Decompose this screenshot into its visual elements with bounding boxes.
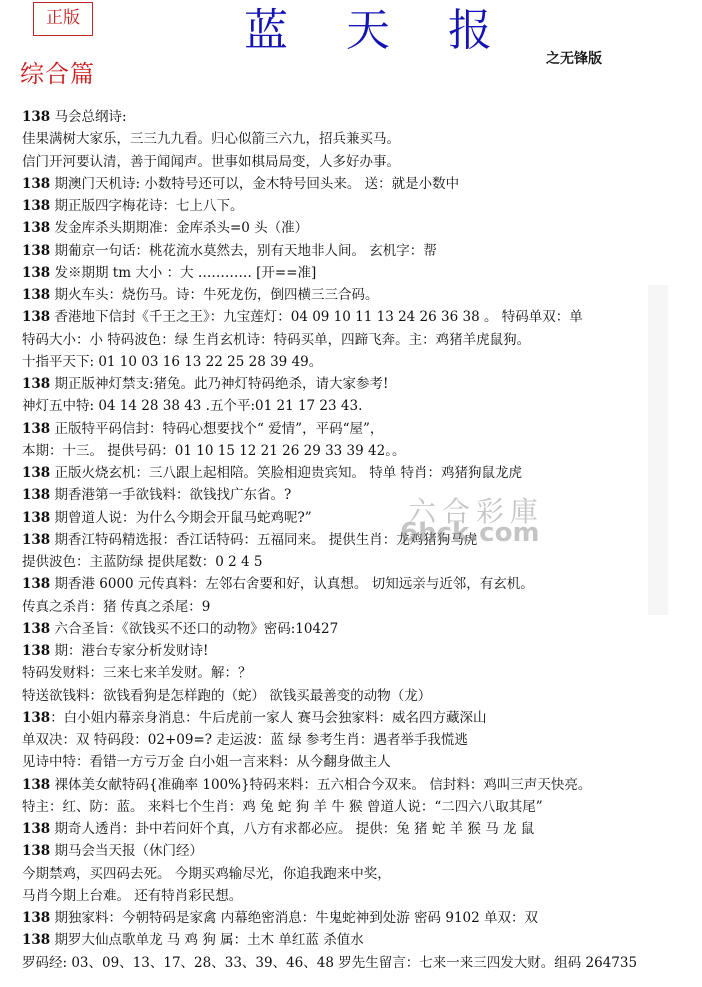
issue-number: 138 xyxy=(22,621,50,637)
text-line: 138 期香港第一手欲钱料：欲钱找广东省。? xyxy=(22,484,702,506)
line-text: 期独家料：今朝特码是家禽 内幕绝密消息：牛鬼蛇神到处游 密码 9102 单双：双 xyxy=(50,910,538,926)
line-text: 单双决：双 特码段：02+09=? 走运波：蓝 绿 参考生肖：遇者举手我慌逃 xyxy=(22,732,468,748)
line-text: 正版特平码信封：特码心想要找个“ 爱情”，平码“屋”， xyxy=(50,421,383,437)
issue-number: 138 xyxy=(22,821,50,837)
line-text: 期正版四字梅花诗：七上八下。 xyxy=(50,198,243,214)
line-text: 提供波色：主蓝防绿 提供尾数：0 2 4 5 xyxy=(22,554,263,570)
text-line: 佳果满树大家乐，三三九九看。归心似箭三六九，招兵兼买马。 xyxy=(22,128,702,150)
issue-number: 138 xyxy=(22,287,50,303)
line-text: 期：港台专家分析发财诗! xyxy=(50,643,208,659)
line-text: 佳果满树大家乐，三三九九看。归心似箭三六九，招兵兼买马。 xyxy=(22,131,400,147)
issue-number: 138 xyxy=(22,576,50,592)
line-text: 马会总纲诗: xyxy=(50,109,126,125)
text-line: 单双决：双 特码段：02+09=? 走运波：蓝 绿 参考生肖：遇者举手我慌逃 xyxy=(22,729,702,751)
line-text: 马肖今期上台难。 还有特肖彩民想。 xyxy=(22,888,242,904)
text-line: 138 马会总纲诗: xyxy=(22,106,702,128)
line-text: 特主：红、防：蓝。 来料七个生肖：鸡 兔 蛇 狗 羊 牛 猴 曾道人说：“二四六… xyxy=(22,799,543,815)
line-text: 神灯五中特: 04 14 28 38 43 .五个平:01 21 17 23 4… xyxy=(22,398,362,414)
text-line: 信门开河要认清，善于闻闻声。世事如棋局局变，人多好办事。 xyxy=(22,151,702,173)
line-text: 期葡京一句话：桃花流水莫然去，别有天地非人间。 玄机字：帮 xyxy=(50,243,437,259)
text-line: 今期禁鸡，买四码去死。 今期买鸡输尽光，你追我跑来中奖， xyxy=(22,863,702,885)
edition-label: 之无锋版 xyxy=(546,48,602,68)
text-line: 本期：十三。 提供号码：01 10 15 12 21 26 29 33 39 4… xyxy=(22,440,702,462)
line-text: 传真之杀肖：猪 传真之杀尾：9 xyxy=(22,599,210,615)
text-line: 138 正版特平码信封：特码心想要找个“ 爱情”，平码“屋”， xyxy=(22,418,702,440)
issue-number: 138 xyxy=(22,376,50,392)
line-text: 期罗大仙点歌单龙 马 鸡 狗 属：土木 单红蓝 杀值水 xyxy=(50,932,364,948)
newspaper-title: 蓝 天 报 xyxy=(244,2,444,60)
text-line: 特码发财料：三来七来羊发财。解：？ xyxy=(22,662,702,684)
line-text: 发※期期 tm 大小 ：大 ………… [开==准] xyxy=(50,265,316,281)
text-line: 138 期正版四字梅花诗：七上八下。 xyxy=(22,195,702,217)
text-line: 138 期正版神灯禁支:猪兔。此乃神灯特码绝杀，请大家参考! xyxy=(22,373,702,395)
text-line: 138 发※期期 tm 大小 ：大 ………… [开==准] xyxy=(22,262,702,284)
text-line: 特送欲钱料：欲钱看狗是怎样跑的（蛇） 欲钱买最善变的动物（龙） xyxy=(22,685,702,707)
text-line: 138 正版火烧玄机：三八跟上起相陪。笑脸相迎贵宾知。 特单 特肖：鸡猪狗鼠龙虎 xyxy=(22,462,702,484)
text-line: 十指平天下: 01 10 03 16 13 22 25 28 39 49。 xyxy=(22,351,702,373)
text-line: 138 裸体美女献特码{准确率 100%}特码来料：五六相合今双来。 信封料：鸡… xyxy=(22,774,702,796)
issue-number: 138 xyxy=(22,243,50,259)
text-line: 138 期香江特码精选报：香江话特码：五福同来。 提供生肖：龙鸡猪狗马虎 xyxy=(22,529,702,551)
line-text: 期奇人透肖：卦中若问奸个真，八方有求都必应。 提供：兔 猪 蛇 羊 猴 马 龙 … xyxy=(50,821,534,837)
article-body: 138 马会总纲诗:佳果满树大家乐，三三九九看。归心似箭三六九，招兵兼买马。信门… xyxy=(22,106,702,974)
line-text: 罗码经: 03、09、13、17、28、33、39、46、48 罗先生留言：七来… xyxy=(22,955,637,971)
line-text: 特送欲钱料：欲钱看狗是怎样跑的（蛇） 欲钱买最善变的动物（龙） xyxy=(22,688,431,704)
text-line: 神灯五中特: 04 14 28 38 43 .五个平:01 21 17 23 4… xyxy=(22,395,702,417)
line-text: 期曾道人说：为什么今期会开鼠马蛇鸡呢?” xyxy=(50,510,311,526)
line-text: 特码大小：小 特码波色：绿 生肖玄机诗：特码买单，四蹄飞奔。主：鸡猪羊虎鼠狗。 xyxy=(22,332,530,348)
text-line: 见诗中特：看错一方亏万金 白小姐一言来料：从今翻身做主人 xyxy=(22,751,702,773)
text-line: 138 香港地下信封《千王之王》：九宝莲灯：04 09 10 11 13 24 … xyxy=(22,306,702,328)
issue-number: 138 xyxy=(22,465,50,481)
line-text: 正版火烧玄机：三八跟上起相陪。笑脸相迎贵宾知。 特单 特肖：鸡猪狗鼠龙虎 xyxy=(50,465,522,481)
line-text: 期马会当天报（休门经） xyxy=(50,843,203,859)
line-text: 十指平天下: 01 10 03 16 13 22 25 28 39 49。 xyxy=(22,354,322,370)
issue-number: 138 xyxy=(22,710,50,726)
text-line: 138 期火车头：烧伤马。诗：牛死龙伤，倒四横三三合码。 xyxy=(22,284,702,306)
text-line: 提供波色：主蓝防绿 提供尾数：0 2 4 5 xyxy=(22,551,702,573)
text-line: 138 期奇人透肖：卦中若问奸个真，八方有求都必应。 提供：兔 猪 蛇 羊 猴 … xyxy=(22,818,702,840)
line-text: ：白小姐内幕亲身消息：牛后虎前一家人 赛马会独家料：威名四方藏深山 xyxy=(50,710,486,726)
line-text: 信门开河要认清，善于闻闻声。世事如棋局局变，人多好办事。 xyxy=(22,154,400,170)
line-text: 香港地下信封《千王之王》：九宝莲灯：04 09 10 11 13 24 26 3… xyxy=(50,309,583,325)
text-line: 138 期罗大仙点歌单龙 马 鸡 狗 属：土木 单红蓝 杀值水 xyxy=(22,929,702,951)
line-text: 发金库杀头期期准：金库杀头=0 头（准） xyxy=(50,220,308,236)
text-line: 传真之杀肖：猪 传真之杀尾：9 xyxy=(22,596,702,618)
line-text: 期香港第一手欲钱料：欲钱找广东省。? xyxy=(50,487,291,503)
line-text: 本期：十三。 提供号码：01 10 15 12 21 26 29 33 39 4… xyxy=(22,443,405,459)
issue-number: 138 xyxy=(22,109,50,125)
issue-number: 138 xyxy=(22,510,50,526)
text-line: 138 期葡京一句话：桃花流水莫然去，别有天地非人间。 玄机字：帮 xyxy=(22,240,702,262)
line-text: 特码发财料：三来七来羊发财。解：？ xyxy=(22,665,252,681)
issue-number: 138 xyxy=(22,843,50,859)
issue-number: 138 xyxy=(22,198,50,214)
text-line: 马肖今期上台难。 还有特肖彩民想。 xyxy=(22,885,702,907)
line-text: 裸体美女献特码{准确率 100%}特码来料：五六相合今双来。 信封料：鸡叫三声天… xyxy=(50,777,591,793)
issue-number: 138 xyxy=(22,220,50,236)
issue-number: 138 xyxy=(22,487,50,503)
issue-number: 138 xyxy=(22,176,50,192)
text-line: 138 期澳门天机诗: 小数特号还可以，金木特号回头来。 送：就是小数中 xyxy=(22,173,702,195)
line-text: 见诗中特：看错一方亏万金 白小姐一言来料：从今翻身做主人 xyxy=(22,754,391,770)
text-line: 138 期独家料：今朝特码是家禽 内幕绝密消息：牛鬼蛇神到处游 密码 9102 … xyxy=(22,907,702,929)
issue-number: 138 xyxy=(22,932,50,948)
text-line: 138 期曾道人说：为什么今期会开鼠马蛇鸡呢?” xyxy=(22,507,702,529)
issue-number: 138 xyxy=(22,643,50,659)
issue-number: 138 xyxy=(22,309,50,325)
line-text: 期火车头：烧伤马。诗：牛死龙伤，倒四横三三合码。 xyxy=(50,287,378,303)
line-text: 今期禁鸡，买四码去死。 今期买鸡输尽光，你追我跑来中奖， xyxy=(22,866,391,882)
line-text: 期香江特码精选报：香江话特码：五福同来。 提供生肖：龙鸡猪狗马虎 xyxy=(50,532,477,548)
issue-number: 138 xyxy=(22,421,50,437)
text-line: 138 期香港 6000 元传真料：左邻右舍要和好，认真想。 切知远亲与近邻，有… xyxy=(22,573,702,595)
text-line: 138 期：港台专家分析发财诗! xyxy=(22,640,702,662)
issue-number: 138 xyxy=(22,910,50,926)
text-line: 138 六合圣旨：《欲钱买不还口的动物》密码:10427 xyxy=(22,618,702,640)
genuine-edition-badge: 正版 xyxy=(33,2,93,36)
text-line: 138 发金库杀头期期准：金库杀头=0 头（准） xyxy=(22,217,702,239)
text-line: 特主：红、防：蓝。 来料七个生肖：鸡 兔 蛇 狗 羊 牛 猴 曾道人说：“二四六… xyxy=(22,796,702,818)
issue-number: 138 xyxy=(22,265,50,281)
section-heading: 综合篇 xyxy=(20,59,95,89)
text-line: 138 期马会当天报（休门经） xyxy=(22,840,702,862)
issue-number: 138 xyxy=(22,532,50,548)
text-line: 138：白小姐内幕亲身消息：牛后虎前一家人 赛马会独家料：威名四方藏深山 xyxy=(22,707,702,729)
line-text: 期澳门天机诗: 小数特号还可以，金木特号回头来。 送：就是小数中 xyxy=(50,176,459,192)
line-text: 期正版神灯禁支:猪兔。此乃神灯特码绝杀，请大家参考! xyxy=(50,376,388,392)
line-text: 期香港 6000 元传真料：左邻右舍要和好，认真想。 切知远亲与近邻，有玄机。 xyxy=(50,576,534,592)
text-line: 罗码经: 03、09、13、17、28、33、39、46、48 罗先生留言：七来… xyxy=(22,952,702,974)
line-text: 六合圣旨：《欲钱买不还口的动物》密码:10427 xyxy=(50,621,338,637)
issue-number: 138 xyxy=(22,777,50,793)
text-line: 特码大小：小 特码波色：绿 生肖玄机诗：特码买单，四蹄飞奔。主：鸡猪羊虎鼠狗。 xyxy=(22,329,702,351)
